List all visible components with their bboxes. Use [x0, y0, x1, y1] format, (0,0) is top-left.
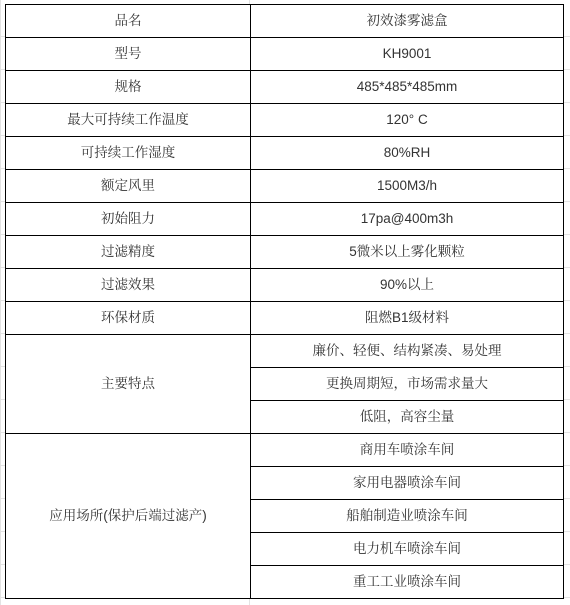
spec-label-cell: 额定风里: [6, 170, 251, 203]
table-row: 最大可持续工作温度120° C: [6, 104, 564, 137]
spec-value-cell: 80%RH: [251, 137, 564, 170]
spec-value-cell: 17pa@400m3h: [251, 203, 564, 236]
spec-value-cell: 5微米以上雾化颗粒: [251, 236, 564, 269]
spec-value-cell: 家用电器喷涂车间: [251, 467, 564, 500]
spec-label-cell: 应用场所(保护后端过滤产): [6, 434, 251, 599]
table-row: 型号KH9001: [6, 38, 564, 71]
spec-value-cell: 120° C: [251, 104, 564, 137]
spec-label-cell: 可持续工作湿度: [6, 137, 251, 170]
spec-value-cell: 电力机车喷涂车间: [251, 533, 564, 566]
table-row: 主要特点廉价、轻便、结构紧凑、易处理: [6, 335, 564, 368]
spec-value-cell: 低阻，高容尘量: [251, 401, 564, 434]
table-row: 环保材质阻燃B1级材料: [6, 302, 564, 335]
spec-label-cell: 过滤精度: [6, 236, 251, 269]
spec-value-cell: 船舶制造业喷涂车间: [251, 500, 564, 533]
table-row: 应用场所(保护后端过滤产)商用车喷涂车间: [6, 434, 564, 467]
table-row: 可持续工作湿度80%RH: [6, 137, 564, 170]
spec-value-cell: 初效漆雾滤盒: [251, 5, 564, 38]
table-row: 初始阻力17pa@400m3h: [6, 203, 564, 236]
spec-value-cell: 阻燃B1级材料: [251, 302, 564, 335]
spec-label-cell: 型号: [6, 38, 251, 71]
spec-value-cell: 1500M3/h: [251, 170, 564, 203]
spec-value-cell: 商用车喷涂车间: [251, 434, 564, 467]
spec-label-cell: 规格: [6, 71, 251, 104]
spec-label-cell: 品名: [6, 5, 251, 38]
table-row: 过滤效果90%以上: [6, 269, 564, 302]
table-row: 规格485*485*485mm: [6, 71, 564, 104]
table-row: 额定风里1500M3/h: [6, 170, 564, 203]
spec-value-cell: KH9001: [251, 38, 564, 71]
spec-value-cell: 重工工业喷涂车间: [251, 566, 564, 599]
spec-label-cell: 初始阻力: [6, 203, 251, 236]
table-row: 过滤精度5微米以上雾化颗粒: [6, 236, 564, 269]
table-row: 品名初效漆雾滤盒: [6, 5, 564, 38]
spec-label-cell: 过滤效果: [6, 269, 251, 302]
spec-value-cell: 90%以上: [251, 269, 564, 302]
spec-value-cell: 廉价、轻便、结构紧凑、易处理: [251, 335, 564, 368]
spec-label-cell: 环保材质: [6, 302, 251, 335]
spec-value-cell: 485*485*485mm: [251, 71, 564, 104]
spec-label-cell: 主要特点: [6, 335, 251, 434]
spec-label-cell: 最大可持续工作温度: [6, 104, 251, 137]
product-spec-table: 品名初效漆雾滤盒型号KH9001规格485*485*485mm最大可持续工作温度…: [5, 4, 564, 599]
spec-value-cell: 更换周期短，市场需求量大: [251, 368, 564, 401]
page: 品名初效漆雾滤盒型号KH9001规格485*485*485mm最大可持续工作温度…: [0, 0, 570, 605]
